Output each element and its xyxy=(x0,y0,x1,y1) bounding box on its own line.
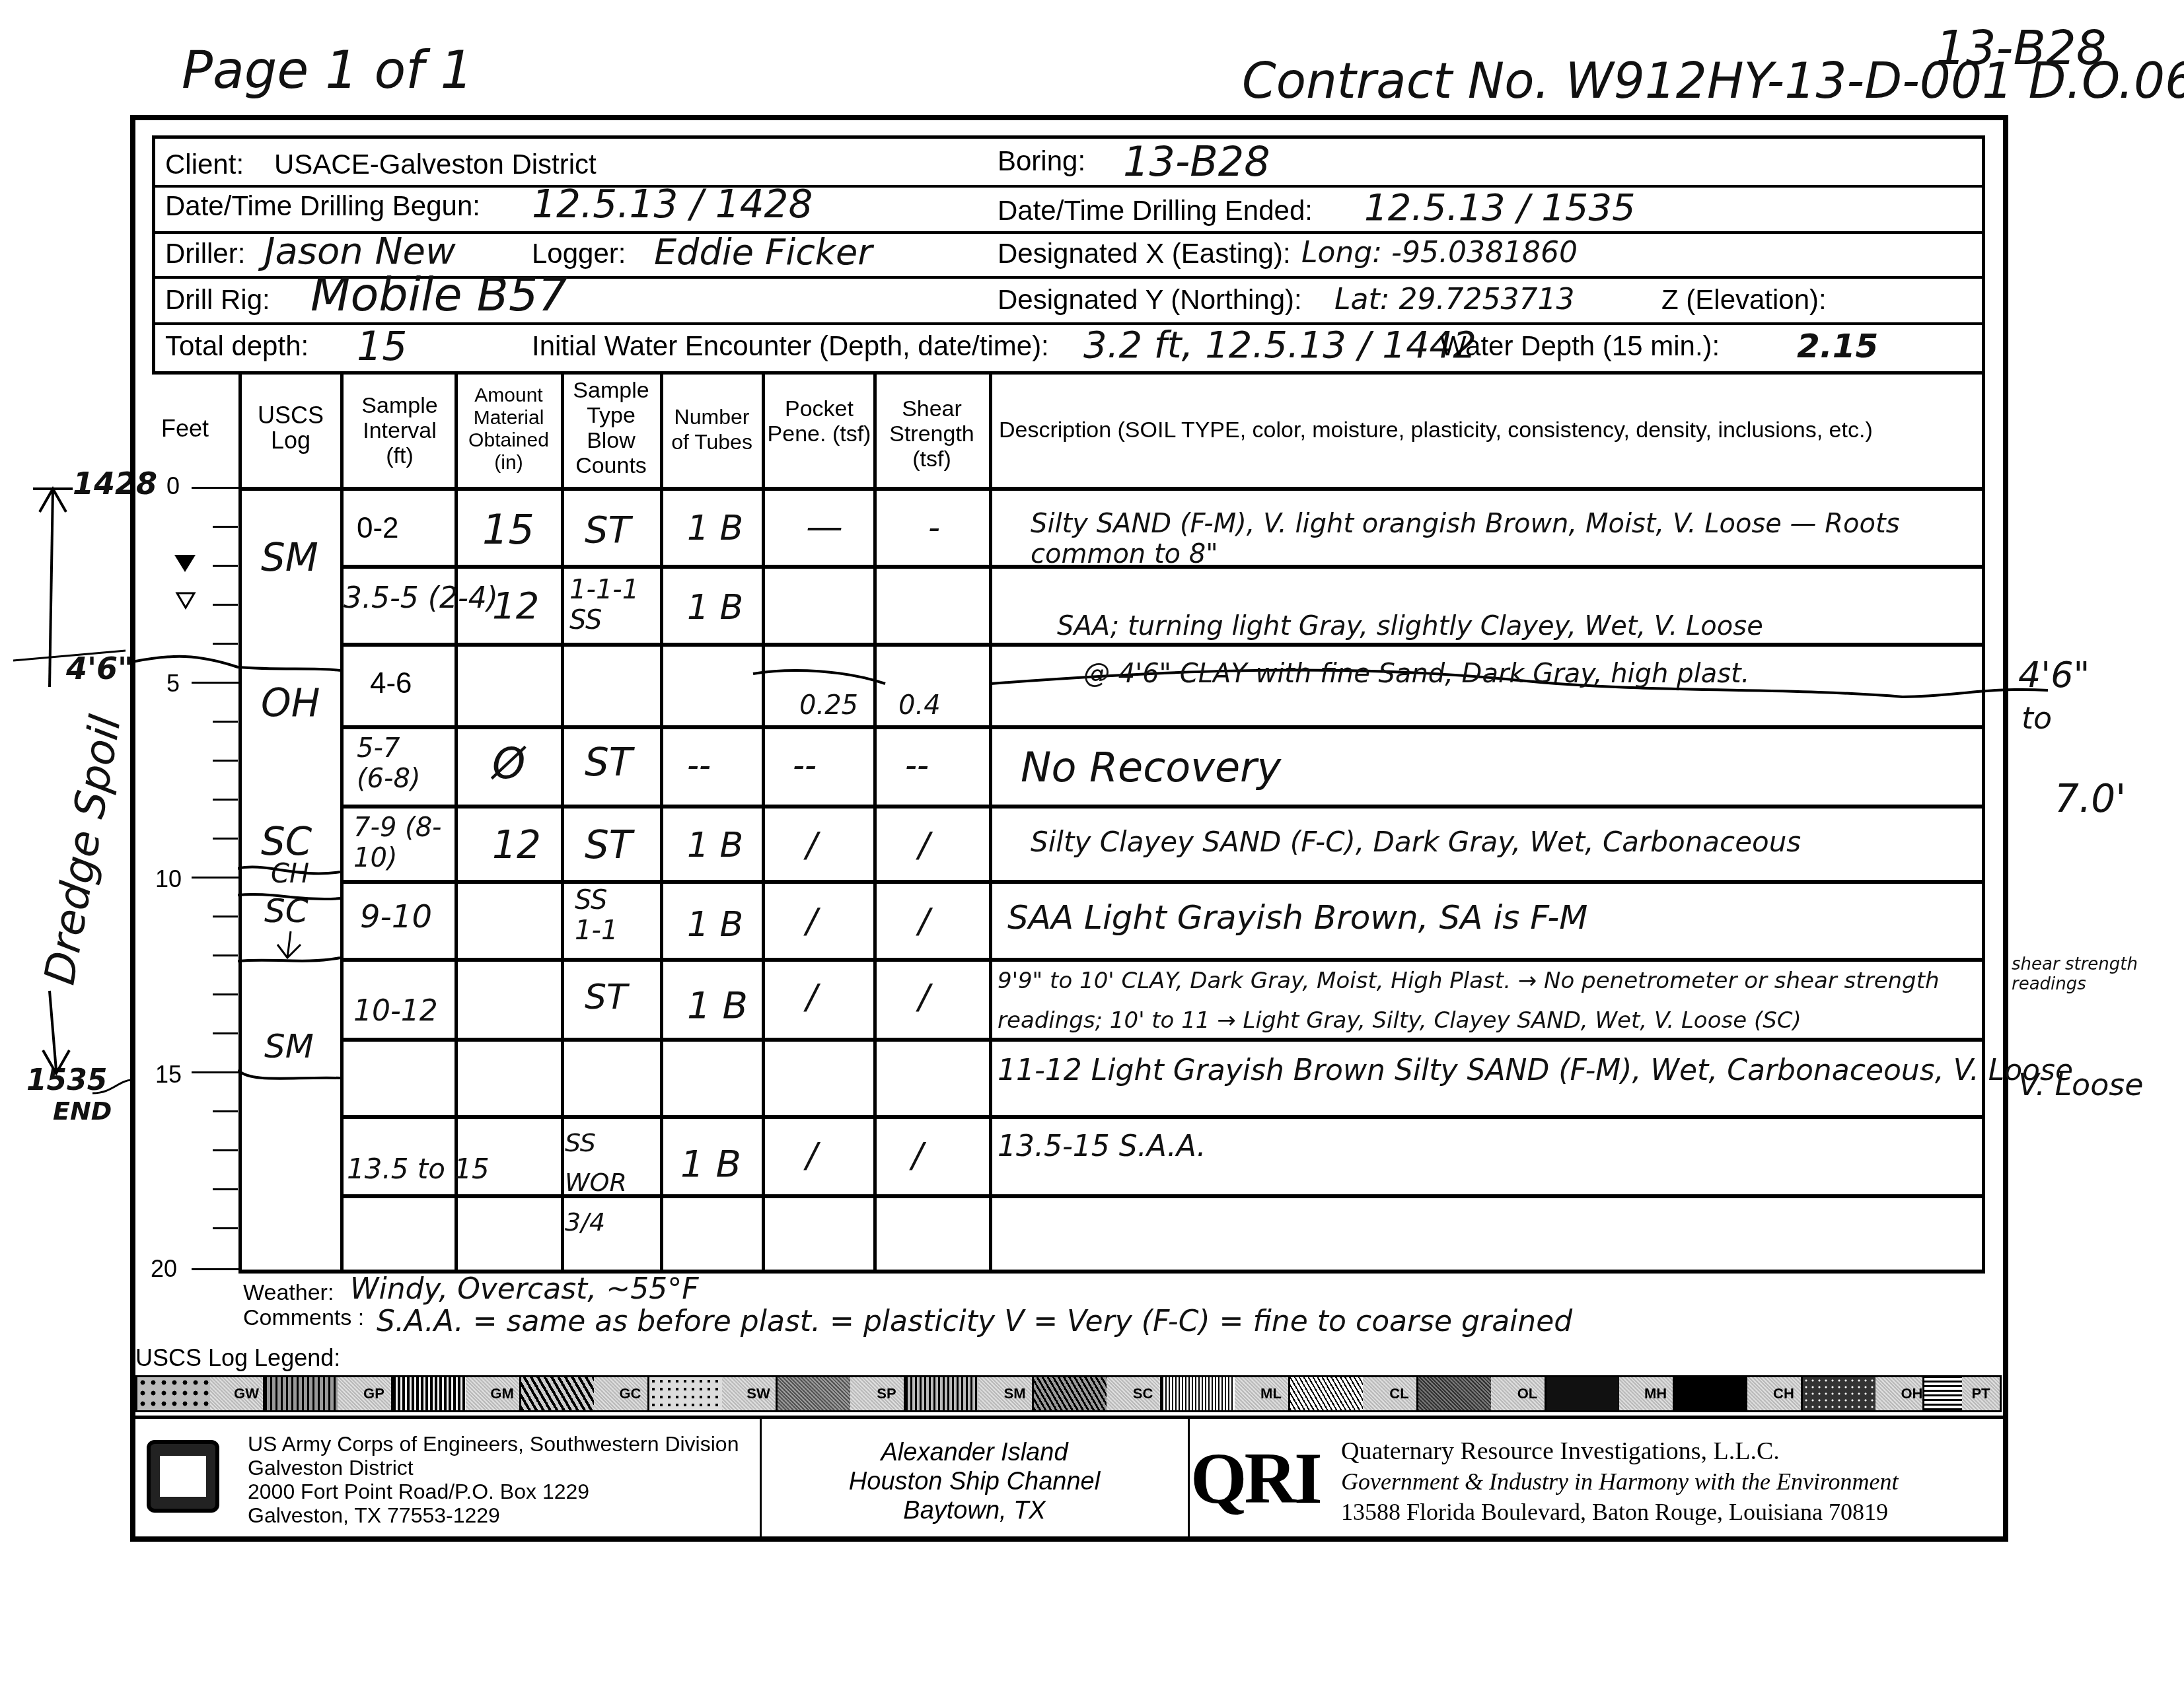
feet-mark-20: 20 xyxy=(151,1255,177,1283)
feet-tick xyxy=(213,604,238,606)
driller-label: Driller: xyxy=(165,238,245,270)
site-line-1: Alexander Island xyxy=(760,1439,1189,1467)
col-header-sample-interval: Sample Interval (ft) xyxy=(347,393,453,468)
qri-line-2: Government & Industry in Harmony with th… xyxy=(1341,1468,1899,1495)
row-3-description: No Recovery xyxy=(1021,743,1281,791)
row-0-amount: 15 xyxy=(482,505,534,554)
row-3-interval: 5-7 (6-8) xyxy=(357,733,443,794)
row-divider xyxy=(238,487,1985,491)
feet-tick xyxy=(213,721,238,723)
row-8-tubes: 1 B xyxy=(680,1143,741,1186)
feet-tick xyxy=(213,1227,238,1229)
row-2-interval: 4-6 xyxy=(370,667,412,700)
feet-tick xyxy=(192,1071,241,1073)
row-1-description: SAA; turning light Gray, slightly Clayey… xyxy=(1057,611,1763,641)
feet-tick xyxy=(213,526,238,528)
row-8-interval: 13.5 to 15 xyxy=(347,1153,490,1185)
row-6-description: 9'9" to 10' CLAY, Dark Gray, Moist, High… xyxy=(998,961,1975,1040)
usace-line-3: 2000 Fort Point Road/P.O. Box 1229 xyxy=(248,1480,589,1503)
row-6-tubes: 1 B xyxy=(687,984,748,1027)
row-6-pocket: / xyxy=(806,978,818,1017)
row-2-pocket: 0.25 xyxy=(799,690,858,721)
layer-boundary-lines xyxy=(238,852,344,984)
qri-logo: QRI xyxy=(1190,1437,1320,1521)
col-header-number-tubes: Number of Tubes xyxy=(664,404,760,454)
feet-tick xyxy=(213,760,238,762)
col-divider xyxy=(660,373,663,1273)
feet-tick xyxy=(213,565,238,567)
row-2-shear: 0.4 xyxy=(898,690,941,721)
qri-line-3: 13588 Florida Boulevard, Baton Rouge, Lo… xyxy=(1341,1498,1888,1526)
layer-boundary-end-line xyxy=(238,1057,344,1096)
legend-ml: ML xyxy=(1160,1375,1309,1412)
legend-sp: SP xyxy=(776,1375,925,1412)
weather-label: Weather: xyxy=(243,1280,334,1306)
drill-rig-label: Drill Rig: xyxy=(165,284,270,316)
qri-line-1: Quaternary Resource Investigations, L.L.… xyxy=(1341,1437,1780,1466)
col-header-sample-type: Sample Type Blow Counts xyxy=(565,378,657,478)
feet-tick xyxy=(213,1188,238,1190)
legend-sm: SM xyxy=(904,1375,1053,1412)
footer-divider xyxy=(132,1416,2008,1419)
drilling-begun-value: 12.5.13 / 1428 xyxy=(532,182,813,227)
row-5-type: SS 1-1 xyxy=(575,885,628,946)
drilling-begun-label: Date/Time Drilling Begun: xyxy=(165,190,480,222)
elevation-label: Z (Elevation): xyxy=(1661,284,1827,316)
row-4-type: ST xyxy=(585,822,632,867)
row-5-description: SAA Light Grayish Brown, SA is F-M xyxy=(1007,898,1587,937)
legend-gc: GC xyxy=(519,1375,669,1412)
col-divider xyxy=(238,373,242,1273)
row-8-pocket: / xyxy=(806,1136,818,1176)
water-encounter-value: 3.2 ft, 12.5.13 / 1442 xyxy=(1083,324,1476,367)
designated-y-value: Lat: 29.7253713 xyxy=(1334,283,1574,316)
col-header-feet: Feet xyxy=(145,416,225,441)
legend-sw: SW xyxy=(647,1375,797,1412)
feet-tick xyxy=(192,487,241,489)
driller-value: Jason New xyxy=(264,230,456,273)
legend-sc: SC xyxy=(1032,1375,1181,1412)
site-line-3: Baytown, TX xyxy=(760,1497,1189,1525)
legend-mh: MH xyxy=(1545,1375,1694,1412)
col-divider xyxy=(1982,373,1985,1273)
usace-castle-logo-icon xyxy=(147,1440,219,1513)
depth-to-note: to xyxy=(2021,700,2052,736)
feet-tick xyxy=(213,1110,238,1112)
row-3-pocket: -- xyxy=(793,746,817,785)
legend-ol: OL xyxy=(1416,1375,1566,1412)
boring-corner-note: 13-B28 xyxy=(1936,20,2107,75)
dredge-depth-arrow-icon xyxy=(13,476,145,1149)
client-value: USACE-Galveston District xyxy=(274,149,597,180)
row-divider xyxy=(340,725,1985,729)
feet-mark-0: 0 xyxy=(166,472,180,500)
col-header-uscs-log: USCS Log xyxy=(244,403,337,453)
row-5-shear: / xyxy=(918,902,930,941)
row-0-tubes: 1 B xyxy=(687,509,743,548)
comments-value: S.A.A. = same as before plast. = plastic… xyxy=(377,1305,1572,1338)
usace-line-1: US Army Corps of Engineers, Southwestern… xyxy=(248,1432,739,1456)
total-depth-value: 15 xyxy=(357,324,407,370)
row-0-shear: - xyxy=(928,509,940,547)
feet-mark-10: 10 xyxy=(155,865,182,893)
legend-pt: PT xyxy=(1922,1375,2002,1412)
feet-tick xyxy=(213,916,238,917)
row-0-description: Silty SAND (F-M), V. light orangish Brow… xyxy=(1031,509,1969,569)
feet-tick xyxy=(213,799,238,801)
boring-label: Boring: xyxy=(998,145,1085,177)
water-depth-15-label: Water Depth (15 min.): xyxy=(1440,330,1720,362)
row-5-tubes: 1 B xyxy=(687,905,743,945)
designated-y-label: Designated Y (Northing): xyxy=(998,284,1302,316)
row-8-type: SS WOR 3/4 xyxy=(565,1123,657,1242)
row-4-amount: 12 xyxy=(492,822,541,867)
col-header-shear-strength: Shear Strength (tsf) xyxy=(877,396,986,472)
feet-tick xyxy=(192,1268,241,1270)
row-1-interval: 3.5-5 (2-4) xyxy=(344,581,498,615)
client-label: Client: xyxy=(165,149,244,180)
row-divider xyxy=(340,880,1985,884)
logger-value: Eddie Ficker xyxy=(654,231,873,273)
usace-line-4: Galveston, TX 77553-1229 xyxy=(248,1503,500,1527)
weather-value: Windy, Overcast, ~55°F xyxy=(350,1272,698,1306)
col-header-pocket-pene: Pocket Pene. (tsf) xyxy=(766,396,872,447)
row-0-interval: 0-2 xyxy=(357,512,399,545)
col-divider xyxy=(762,373,765,1273)
shear-readings-note: shear strength readings xyxy=(2012,954,2144,994)
page-number-note: Page 1 of 1 xyxy=(182,41,473,100)
feet-tick xyxy=(213,1149,238,1151)
depth-70-note: 7.0' xyxy=(2055,776,2126,821)
row-3-amount: Ø xyxy=(492,740,525,789)
row-0-type: ST xyxy=(585,509,631,552)
legend-cl: CL xyxy=(1288,1375,1438,1412)
col-divider xyxy=(989,373,992,1273)
col-divider xyxy=(455,373,458,1273)
drilling-ended-value: 12.5.13 / 1535 xyxy=(1364,186,1636,229)
col-divider xyxy=(873,373,877,1273)
col-divider xyxy=(561,373,564,1273)
feet-tick xyxy=(213,838,238,840)
feet-tick xyxy=(192,877,241,879)
drill-rig-value: Mobile B57 xyxy=(310,268,567,322)
site-line-2: Houston Ship Channel xyxy=(760,1468,1189,1496)
boring-value: 13-B28 xyxy=(1123,137,1270,186)
row-1-tubes: 1 B xyxy=(687,588,743,628)
row-4-pocket: / xyxy=(806,826,818,865)
row-4-interval: 7-9 (8-10) xyxy=(353,812,446,873)
row-3-shear: -- xyxy=(905,746,929,785)
total-depth-label: Total depth: xyxy=(165,330,309,362)
row-3-type: ST xyxy=(585,740,632,785)
legend-gm: GM xyxy=(391,1375,540,1412)
row-divider xyxy=(340,805,1985,809)
row-7-description: 11-12 Light Grayish Brown Silty SAND (F-… xyxy=(998,1054,2073,1087)
feet-tick xyxy=(213,954,238,956)
feet-tick xyxy=(213,1032,238,1034)
col-divider xyxy=(340,373,344,1273)
feet-mark-15: 15 xyxy=(155,1061,182,1089)
drilling-ended-label: Date/Time Drilling Ended: xyxy=(998,195,1313,227)
row-divider xyxy=(340,1115,1985,1119)
row-5-interval: 9-10 xyxy=(360,898,432,935)
row-4-tubes: 1 B xyxy=(687,826,743,865)
row-6-type: ST xyxy=(585,978,628,1017)
water-depth-15-value: 2.15 xyxy=(1797,327,1878,365)
row-1-amount: 12 xyxy=(492,585,539,628)
water-encounter-label: Initial Water Encounter (Depth, date/tim… xyxy=(532,330,1049,362)
row-4-shear: / xyxy=(918,826,930,865)
row-4-description: Silty Clayey SAND (F-C), Dark Gray, Wet,… xyxy=(1031,826,1801,858)
row-8-description: 13.5-15 S.A.A. xyxy=(998,1130,1206,1163)
row-6-shear: / xyxy=(918,978,930,1017)
row-1-type: 1-1-1 SS xyxy=(569,575,655,635)
legend-label: USCS Log Legend: xyxy=(135,1344,340,1372)
col-header-description: Description (SOIL TYPE, color, moisture,… xyxy=(999,417,1873,443)
uscs-log-sm: SM xyxy=(261,535,318,580)
row-2-description: @ 4'6" CLAY with fine Sand, Dark Gray, h… xyxy=(1083,654,1810,694)
comments-label: Comments : xyxy=(243,1305,364,1331)
designated-x-value: Long: -95.0381860 xyxy=(1301,236,1578,270)
row-0-pocket: — xyxy=(806,505,843,548)
legend-gp: GP xyxy=(263,1375,412,1412)
feet-tick xyxy=(213,993,238,995)
legend-ch: CH xyxy=(1673,1375,1822,1412)
usace-line-2: Galveston District xyxy=(248,1456,414,1480)
logger-label: Logger: xyxy=(532,238,626,270)
row-5-pocket: / xyxy=(806,902,818,941)
designated-x-label: Designated X (Easting): xyxy=(998,238,1291,270)
row-3-tubes: -- xyxy=(687,746,711,785)
row-8-shear: / xyxy=(912,1136,924,1176)
row-6-interval: 10-12 xyxy=(353,994,438,1028)
water-level-icon xyxy=(173,554,200,613)
col-header-amount-obtained: Amount Material Obtained (in) xyxy=(459,384,558,474)
